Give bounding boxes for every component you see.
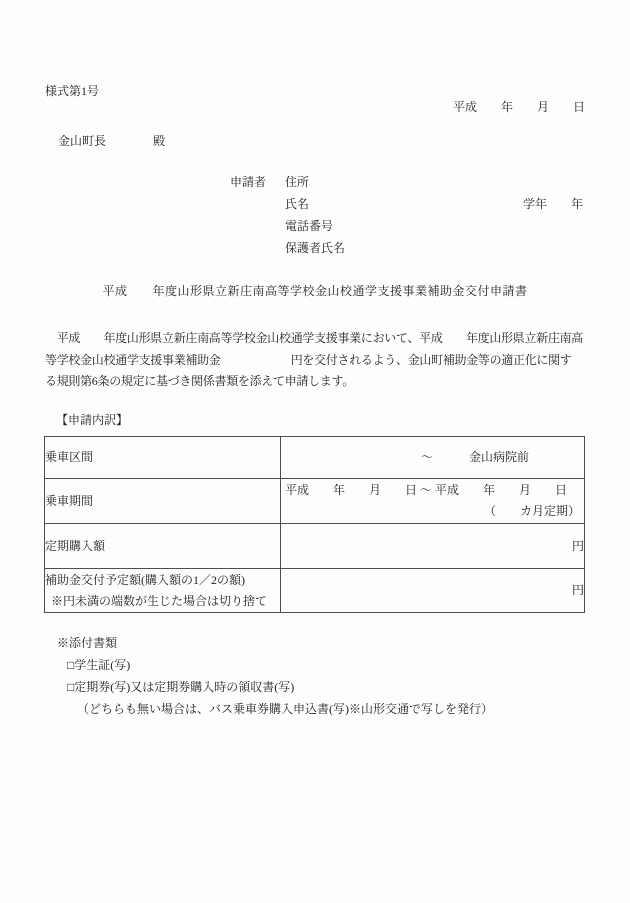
table-row-purchase-amount: 定期購入額 円 [45, 524, 585, 569]
boarding-period-cell: 平成 年 月 日 ～ 平成 年 月 日 （ カ月定期） [281, 479, 585, 524]
attachments-heading: ※添付書類 [57, 636, 493, 658]
subsidy-amount-label-note: ※円未満の端数が生じた場合は切り捨て [45, 591, 280, 612]
body-line: 平成 年度山形県立新庄南高等学校金山校通学支援事業において、平成 年度山形県立新… [45, 328, 593, 350]
grade-label: 学年 年 [523, 197, 583, 211]
breakdown-table: 乗車区間 ～ 金山病院前 乗車期間 平成 年 月 日 ～ 平成 年 月 日 （ … [44, 436, 585, 613]
breakdown-table-wrap: 乗車区間 ～ 金山病院前 乗車期間 平成 年 月 日 ～ 平成 年 月 日 （ … [44, 436, 585, 613]
subsidy-amount-label-main: 補助金交付予定額(購入額の1／2の額) [45, 570, 280, 591]
breakdown-caption: 【申請内訳】 [56, 413, 128, 427]
attachment-item-text: 学生証(写) [74, 658, 130, 672]
addressee-honorific: 殿 [153, 134, 165, 148]
document-title: 平成 年度山形県立新庄南高等学校金山校通学支援事業補助金交付申請書 [0, 284, 630, 298]
boarding-section-value: ～ 金山病院前 [281, 450, 584, 464]
applicant-name-label: 氏名 [285, 197, 345, 219]
body-line: る規則第6条の規定に基づき関係書類を添えて申請します。 [45, 371, 593, 393]
body-paragraph: 平成 年度山形県立新庄南高等学校金山校通学支援事業において、平成 年度山形県立新… [45, 328, 593, 393]
table-row-boarding-section: 乗車区間 ～ 金山病院前 [45, 437, 585, 479]
applicant-address-label: 住所 [285, 175, 345, 197]
purchase-amount-unit: 円 [281, 524, 585, 569]
attachments-block: ※添付書類 □学生証(写) □定期券(写)又は定期券購入時の領収書(写) （どち… [57, 636, 493, 724]
header-date-line: 平成 年 月 日 [453, 100, 585, 114]
addressee-name: 金山町長 [58, 134, 106, 148]
body-line: 等学校金山校通学支援事業補助金 円を交付されるよう、金山町補助金等の適正化に関す [45, 350, 593, 372]
form-number: 様式第1号 [45, 84, 99, 98]
applicant-block: 申請者 住所 氏名 電話番号 保護者氏名 [230, 175, 345, 263]
subsidy-amount-unit: 円 [281, 569, 585, 613]
attachment-item-commuter-pass: □定期券(写)又は定期券購入時の領収書(写) [67, 680, 493, 702]
boarding-period-dates: 平成 年 月 日 ～ 平成 年 月 日 [281, 480, 584, 501]
attachment-item-text: 定期券(写)又は定期券購入時の領収書(写) [74, 680, 294, 694]
purchase-amount-label: 定期購入額 [45, 524, 281, 569]
table-row-subsidy-amount: 補助金交付予定額(購入額の1／2の額) ※円未満の端数が生じた場合は切り捨て 円 [45, 569, 585, 613]
applicant-phone-label: 電話番号 [285, 219, 345, 241]
addressee-line: 金山町長殿 [58, 134, 165, 148]
table-row-boarding-period: 乗車期間 平成 年 月 日 ～ 平成 年 月 日 （ カ月定期） [45, 479, 585, 524]
application-form-page: 様式第1号 平成 年 月 日 金山町長殿 申請者 住所 氏名 電話番号 保護者氏… [0, 0, 630, 903]
boarding-period-months: （ カ月定期） [281, 501, 584, 522]
attachment-item-student-id: □学生証(写) [67, 658, 493, 680]
subsidy-amount-label: 補助金交付予定額(購入額の1／2の額) ※円未満の端数が生じた場合は切り捨て [45, 569, 281, 613]
applicant-guardian-label: 保護者氏名 [285, 241, 345, 263]
boarding-section-label: 乗車区間 [45, 437, 281, 479]
attachments-note: （どちらも無い場合は、バス乗車券購入申込書(写)※山形交通で写しを発行） [77, 702, 493, 724]
applicant-fields: 住所 氏名 電話番号 保護者氏名 [285, 175, 345, 263]
boarding-period-label: 乗車期間 [45, 479, 281, 524]
boarding-section-cell: ～ 金山病院前 [281, 437, 585, 479]
applicant-label: 申請者 [230, 175, 266, 263]
